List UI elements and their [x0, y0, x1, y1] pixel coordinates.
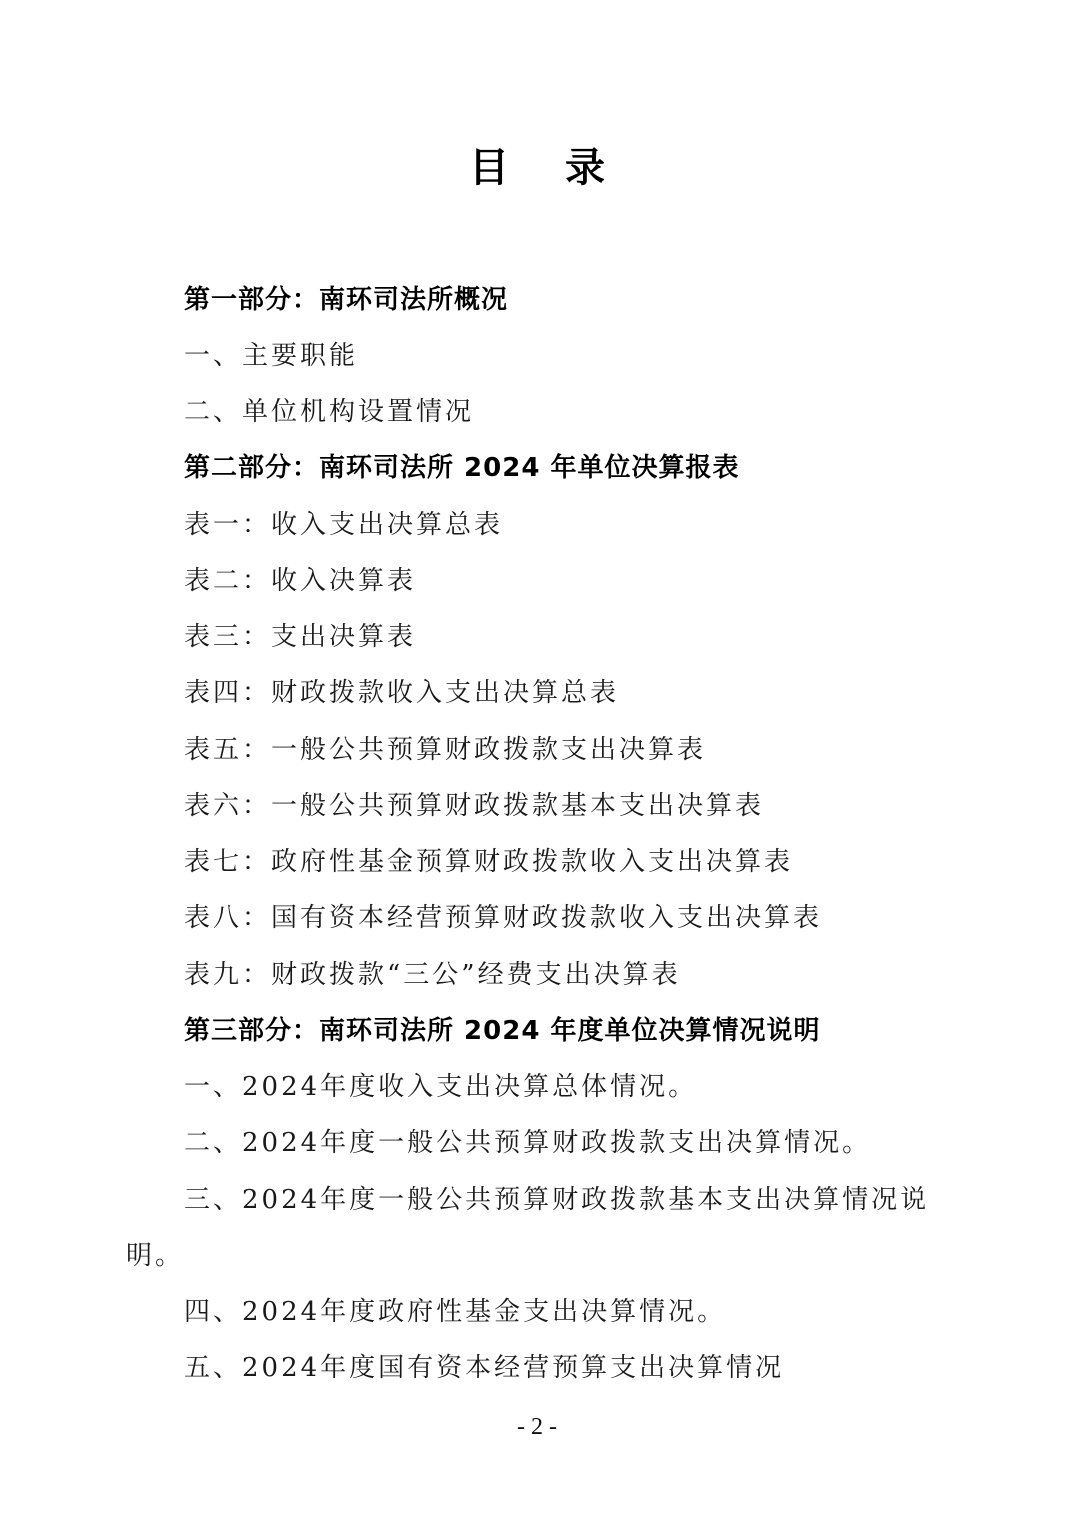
- page-title: 目录: [0, 138, 1074, 198]
- toc-item: 二、2024年度一般公共预算财政拨款支出决算情况。: [184, 1125, 871, 1161]
- toc-item: 表二：收入决算表: [184, 563, 416, 599]
- toc-item-continuation: 明。: [126, 1238, 184, 1274]
- toc-item: 一、主要职能: [184, 338, 358, 374]
- toc-item: 表九：财政拨款“三公”经费支出决算表: [184, 957, 681, 993]
- toc-item: 表一：收入支出决算总表: [184, 507, 503, 543]
- toc-item: 一、2024年度收入支出决算总体情况。: [184, 1069, 697, 1105]
- toc-item: 表三：支出决算表: [184, 619, 416, 655]
- toc-item: 表七：政府性基金预算财政拨款收入支出决算表: [184, 844, 793, 880]
- page-number: - 2 -: [0, 1412, 1074, 1442]
- toc-item: 五、2024年度国有资本经营预算支出决算情况: [184, 1350, 784, 1386]
- toc-part-heading-1: 第一部分：南环司法所概况: [184, 282, 508, 318]
- toc-part-heading-3: 第三部分：南环司法所 2024 年度单位决算情况说明: [184, 1013, 820, 1049]
- toc-item: 表五：一般公共预算财政拨款支出决算表: [184, 732, 706, 768]
- document-page: 目录 第一部分：南环司法所概况 一、主要职能 二、单位机构设置情况 第二部分：南…: [0, 0, 1074, 1520]
- toc-item: 表六：一般公共预算财政拨款基本支出决算表: [184, 788, 764, 824]
- toc-item: 四、2024年度政府性基金支出决算情况。: [184, 1294, 726, 1330]
- toc-item: 表八：国有资本经营预算财政拨款收入支出决算表: [184, 900, 822, 936]
- toc-part-heading-2: 第二部分：南环司法所 2024 年单位决算报表: [184, 450, 739, 486]
- toc-item: 表四：财政拨款收入支出决算总表: [184, 675, 619, 711]
- toc-item: 二、单位机构设置情况: [184, 394, 474, 430]
- toc-item: 三、2024年度一般公共预算财政拨款基本支出决算情况说: [184, 1182, 929, 1218]
